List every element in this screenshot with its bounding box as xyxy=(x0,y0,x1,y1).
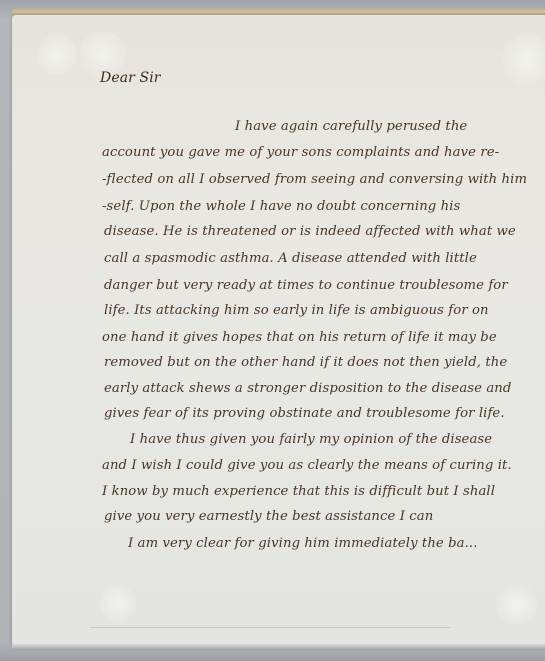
letter-line: -flected on all I observed from seeing a… xyxy=(102,172,527,187)
letter-text: Dear Sir I have again carefully perused … xyxy=(0,0,545,661)
letter-line: disease. He is threatened or is indeed a… xyxy=(104,224,516,239)
letter-line: I know by much experience that this is d… xyxy=(102,484,495,499)
letter-line: danger but very ready at times to contin… xyxy=(104,278,508,293)
letter-line: give you very earnestly the best assista… xyxy=(104,509,433,524)
letter-line: I have thus given you fairly my opinion … xyxy=(130,432,492,447)
letter-line: call a spasmodic asthma. A disease atten… xyxy=(104,251,477,266)
letter-line: gives fear of its proving obstinate and … xyxy=(104,406,505,421)
letter-line: I have again carefully perused the xyxy=(235,119,467,134)
letter-line: one hand it gives hopes that on his retu… xyxy=(102,330,497,345)
letter-line: account you gave me of your sons complai… xyxy=(102,145,499,160)
salutation: Dear Sir xyxy=(100,70,161,86)
letter-line: I am very clear for giving him immediate… xyxy=(128,536,478,551)
letter-line: life. Its attacking him so early in life… xyxy=(104,303,489,318)
letter-line: removed but on the other hand if it does… xyxy=(104,355,507,370)
letter-line: early attack shews a stronger dispositio… xyxy=(104,381,511,396)
letter-line: and I wish I could give you as clearly t… xyxy=(102,458,512,473)
letter-line: -self. Upon the whole I have no doubt co… xyxy=(102,199,460,214)
